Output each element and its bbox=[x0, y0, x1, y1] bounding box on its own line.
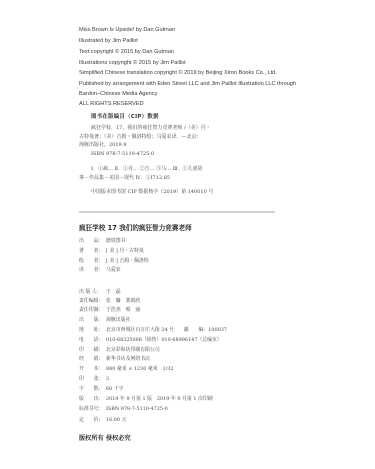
cip-line: 事－作品集－美国－现代 Ⅳ．①I712.85 bbox=[79, 176, 170, 181]
rights-notice: 版权所有 侵权必究 bbox=[79, 433, 131, 442]
credit-label: 出 品： bbox=[79, 239, 106, 244]
publishing-row: 经 销：新华书店及网络书店 bbox=[79, 357, 150, 362]
publishing-value: ISBN 978-7-5110-4725-0 bbox=[106, 406, 168, 412]
english-credit-line: Published by arrangement with Eden Stree… bbox=[79, 82, 296, 88]
publishing-label: 经 销： bbox=[79, 357, 106, 362]
credit-value: [ 美 ] 吉姆・佩洛特 bbox=[106, 258, 149, 264]
publishing-label: 字 数： bbox=[79, 387, 106, 392]
publishing-value: 北京市西城区百万庄大街 24 号 邮 编：100037 bbox=[106, 327, 227, 333]
copyright-page: Miss Brown Is Upside! by Dan Gutman Illu… bbox=[0, 0, 375, 469]
credit-row: 译 者：马爱农 bbox=[79, 268, 121, 273]
credit-row: 著 者：[ 美 ] 丹・古特曼 bbox=[79, 249, 144, 254]
publishing-row: 责任印制：于浩杰 蔡 丽 bbox=[79, 308, 140, 313]
publishing-label: 出 版 人： bbox=[79, 290, 106, 295]
publishing-row: 字 数：60 千字 bbox=[79, 387, 124, 392]
publishing-value: 60 千字 bbox=[106, 386, 124, 392]
publishing-label: 责任印制： bbox=[79, 308, 106, 313]
publishing-row: 版 次：2019 年 9 月第 1 版 2019 年 9 月第 1 次印刷 bbox=[79, 397, 213, 402]
publishing-value: 王 磊 bbox=[106, 289, 121, 295]
cip-line: ISBN 978-7-5110-4725-0 bbox=[91, 152, 154, 157]
credit-row: 绘 者：[ 美 ] 吉姆・佩洛特 bbox=[79, 259, 149, 264]
cip-line: 疯狂学校．17，我们的疯狂智力竞赛老师 /（美）丹・ bbox=[91, 126, 211, 131]
publishing-label: 印 张： bbox=[79, 377, 106, 382]
cip-heading: 图书在版编目（CIP）数据 bbox=[91, 112, 159, 120]
publishing-label: 开 本： bbox=[79, 367, 106, 372]
publishing-label: 版 次： bbox=[79, 397, 106, 402]
section-divider bbox=[79, 211, 275, 213]
cip-data-number: 中国版本图书馆 CIP 数据核字（2019）第 140010 号 bbox=[91, 190, 213, 195]
publishing-label: 出 版： bbox=[79, 318, 106, 323]
publishing-label: 标准书号： bbox=[79, 407, 106, 412]
publishing-row: 印 刷：北京彩和坊印刷有限公司 bbox=[79, 348, 160, 353]
publishing-value: 张 镛 郭雨欣 bbox=[106, 298, 140, 304]
english-credit-line: Simplified Chinese translation copyright… bbox=[79, 71, 277, 77]
publishing-row: 出 版：海豚出版社 bbox=[79, 318, 130, 323]
publishing-label: 定 价： bbox=[79, 418, 106, 423]
credit-label: 译 者： bbox=[79, 268, 106, 273]
publishing-row: 标准书号：ISBN 978-7-5110-4725-0 bbox=[79, 407, 168, 412]
publishing-row: 印 张：3 bbox=[79, 377, 109, 382]
publishing-label: 印 刷： bbox=[79, 348, 106, 353]
publishing-value: 新华书店及网络书店 bbox=[106, 356, 150, 362]
publishing-row: 责任编辑：张 镛 郭雨欣 bbox=[79, 299, 140, 304]
credit-value: [ 美 ] 丹・古特曼 bbox=[106, 248, 144, 254]
english-credit-line: Miss Brown Is Upside! by Dan Gutman bbox=[79, 28, 175, 34]
publishing-value: 2019 年 9 月第 1 版 2019 年 9 月第 1 次印刷 bbox=[106, 396, 213, 402]
book-title: 疯狂学校 17 我们的疯狂智力竞赛老师 bbox=[79, 222, 192, 232]
english-credit-line: Text copyright © 2015 by Dan Gutman bbox=[79, 50, 174, 56]
publishing-value: 于浩杰 蔡 丽 bbox=[106, 307, 140, 313]
credit-row: 出 品：磨铁图书 bbox=[79, 239, 126, 244]
publishing-row: 定 价：16.00 元 bbox=[79, 418, 126, 423]
english-credit-line: ALL RIGHTS RESERVED bbox=[79, 102, 144, 108]
english-credit-line: Bardon–Chinese Media Agency bbox=[79, 92, 157, 98]
credit-value: 磨铁图书 bbox=[106, 238, 126, 244]
credit-label: 绘 者： bbox=[79, 259, 106, 264]
publishing-row: 地 址：北京市西城区百万庄大街 24 号 邮 编：100037 bbox=[79, 328, 227, 333]
publishing-value: 北京彩和坊印刷有限公司 bbox=[106, 347, 160, 353]
cip-line: 古特曼著；（美）吉姆・佩洛特绘；马爱农译．—北京： bbox=[79, 135, 202, 140]
credit-label: 著 者： bbox=[79, 249, 106, 254]
publishing-value: 880 毫米 × 1230 毫米 1/32 bbox=[106, 366, 174, 372]
publishing-value: 海豚出版社 bbox=[106, 317, 130, 323]
publishing-row: 出 版 人：王 磊 bbox=[79, 290, 121, 295]
cip-line: 海豚出版社，2019.9 bbox=[79, 143, 127, 148]
english-credit-line: Illustrations copyright © 2015 by Jim Pa… bbox=[79, 61, 186, 67]
english-credit-line: Illustrated by Jim Paillot bbox=[79, 39, 138, 45]
cip-line: Ⅰ．①疯… Ⅱ．①丹… ②吉… ③马… Ⅲ．①儿童故 bbox=[91, 167, 203, 172]
publishing-label: 责任编辑： bbox=[79, 299, 106, 304]
publishing-row: 电 话：010-68325006（销售）010-68996147（总编室） bbox=[79, 338, 222, 343]
credit-value: 马爱农 bbox=[106, 267, 121, 273]
publishing-value: 3 bbox=[106, 376, 109, 382]
publishing-value: 010-68325006（销售）010-68996147（总编室） bbox=[106, 337, 222, 343]
publishing-label: 电 话： bbox=[79, 338, 106, 343]
publishing-row: 开 本：880 毫米 × 1230 毫米 1/32 bbox=[79, 367, 174, 372]
publishing-label: 地 址： bbox=[79, 328, 106, 333]
publishing-value: 16.00 元 bbox=[106, 417, 126, 423]
